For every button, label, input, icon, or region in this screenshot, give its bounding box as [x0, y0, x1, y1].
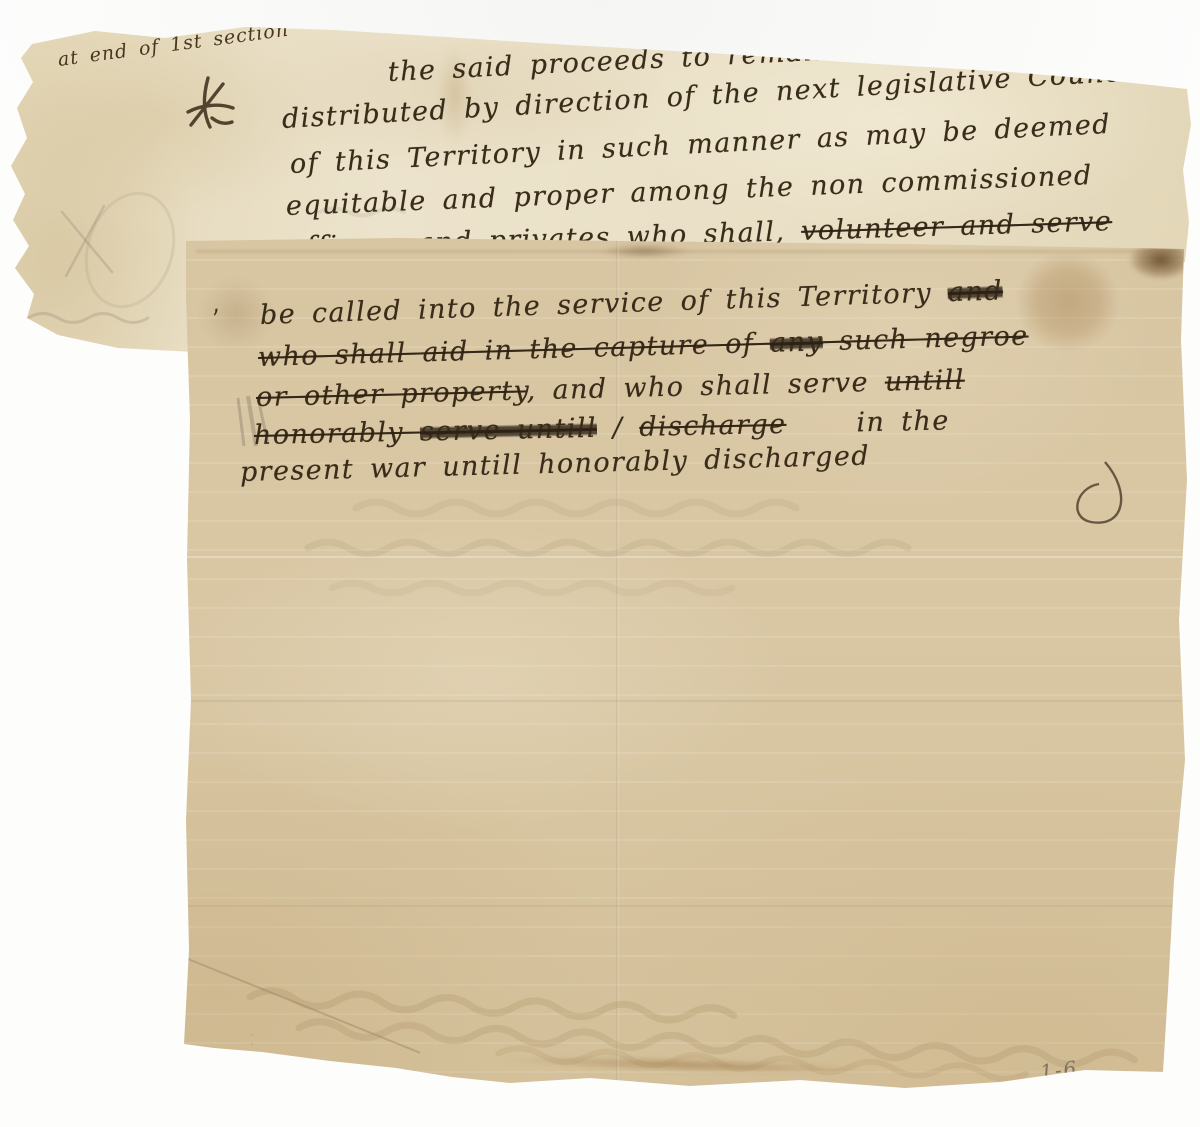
handwritten-text: /: [597, 412, 640, 444]
fold-crease: [616, 238, 619, 1088]
fold-crease: [186, 700, 1186, 702]
stained-top-edge: [196, 250, 1186, 253]
page-number: 1-6: [1039, 1058, 1079, 1083]
pen-flourish: [1077, 462, 1121, 523]
fold-crease: [186, 905, 1176, 907]
fold-crease: [188, 958, 421, 1054]
caret-mark: ,: [206, 291, 221, 316]
handwritten-text: , and who shall serve: [526, 367, 885, 407]
struck-text: or other property: [256, 375, 527, 413]
struck-text: any: [770, 326, 824, 358]
fold-crease: [186, 556, 1186, 558]
stain: [600, 243, 690, 259]
struck-text: serve untill: [420, 413, 598, 448]
struck-text: discharge: [639, 409, 787, 443]
handwritten-text: be called into the service of this Terri…: [259, 277, 948, 331]
stain: [498, 1053, 878, 1078]
manuscript-scan: at end of 1st section the said proceeds …: [0, 0, 1200, 1127]
struck-text: volunteer and serve: [801, 206, 1113, 247]
struck-text: who shall aid in the capture of: [258, 328, 771, 373]
struck-text: untill: [884, 365, 965, 398]
round-stain: [1016, 252, 1120, 352]
handwritten-text: in the: [856, 405, 950, 438]
margin-annotation: at end of 1st section: [57, 20, 290, 71]
struck-text: such negroe: [823, 320, 1029, 357]
struck-text: honorably: [254, 417, 421, 451]
struck-text: and: [947, 275, 1003, 308]
